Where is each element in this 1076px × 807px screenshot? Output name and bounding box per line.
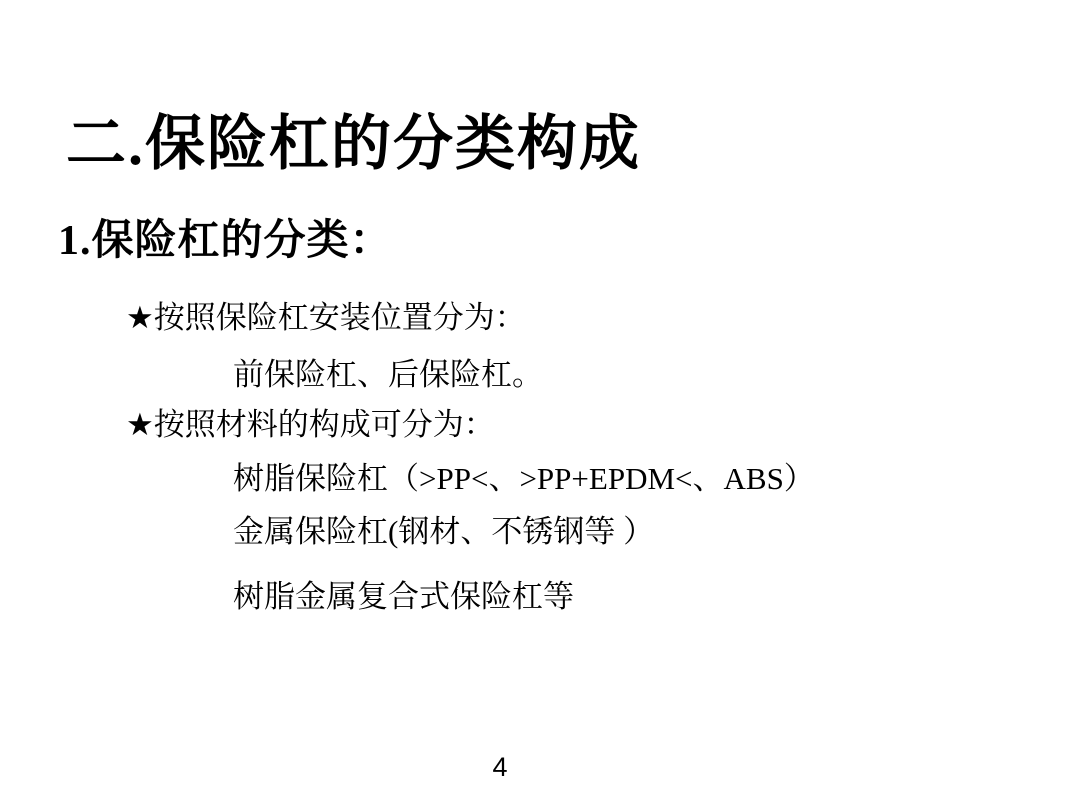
- bullet-label: 按照材料的构成可分为：: [154, 407, 495, 442]
- sub-item-front-rear-bumper: 前保险杠、后保险杠。: [233, 356, 543, 395]
- slide-title: 二.保险杠的分类构成: [66, 110, 641, 179]
- sub-item-composite-bumper: 树脂金属复合式保险杠等: [233, 578, 574, 617]
- star-bullet-icon: ★: [126, 406, 154, 445]
- sub-item-resin-bumper: 树脂保险杠（>PP<、>PP+EPDM<、ABS）: [233, 460, 815, 499]
- sub-item-metal-bumper: 金属保险杠(钢材、不锈钢等 ）: [233, 513, 654, 552]
- presentation-slide: 二.保险杠的分类构成 1.保险杠的分类： ★按照保险杠安装位置分为： 前保险杠、…: [0, 0, 1076, 807]
- star-bullet-icon: ★: [126, 299, 154, 338]
- section-heading: 1.保险杠的分类：: [58, 217, 393, 265]
- bullet-material-classification: ★按照材料的构成可分为：: [126, 406, 495, 445]
- bullet-label: 按照保险杠安装位置分为：: [154, 300, 526, 335]
- bullet-position-classification: ★按照保险杠安装位置分为：: [126, 299, 526, 338]
- page-number: 4: [0, 752, 1000, 783]
